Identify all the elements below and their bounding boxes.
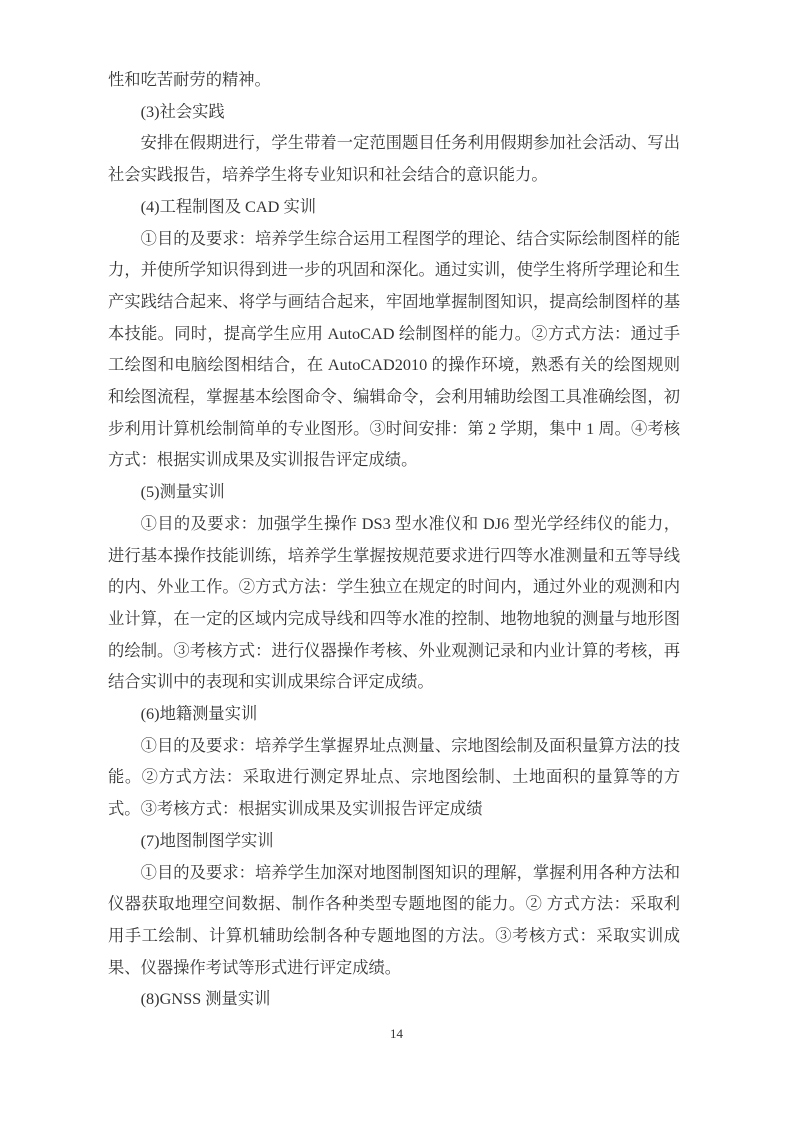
- document-page: 性和吃苦耐劳的精神。 (3)社会实践 安排在假期进行，学生带着一定范围题目任务利…: [0, 0, 793, 1122]
- paragraph: (6)地籍测量实训: [108, 698, 680, 730]
- page-content: 性和吃苦耐劳的精神。 (3)社会实践 安排在假期进行，学生带着一定范围题目任务利…: [108, 64, 680, 1015]
- paragraph: ①目的及要求：培养学生掌握界址点测量、宗地图绘制及面积量算方法的技能。②方式方法…: [108, 730, 680, 825]
- paragraph: 性和吃苦耐劳的精神。: [108, 64, 680, 96]
- paragraph: ①目的及要求：培养学生加深对地图制图知识的理解，掌握利用各种方法和仪器获取地理空…: [108, 857, 680, 984]
- paragraph: (5)测量实训: [108, 476, 680, 508]
- paragraph: ①目的及要求：培养学生综合运用工程图学的理论、结合实际绘制图样的能力，并使所学知…: [108, 223, 680, 477]
- paragraph: 安排在假期进行，学生带着一定范围题目任务利用假期参加社会活动、写出社会实践报告，…: [108, 127, 680, 190]
- paragraph: (8)GNSS 测量实训: [108, 983, 680, 1015]
- page-number: 14: [0, 1026, 793, 1042]
- paragraph: ①目的及要求：加强学生操作 DS3 型水准仪和 DJ6 型光学经纬仪的能力，进行…: [108, 508, 680, 698]
- paragraph: (7)地图制图学实训: [108, 825, 680, 857]
- paragraph: (4)工程制图及 CAD 实训: [108, 191, 680, 223]
- paragraph: (3)社会实践: [108, 96, 680, 128]
